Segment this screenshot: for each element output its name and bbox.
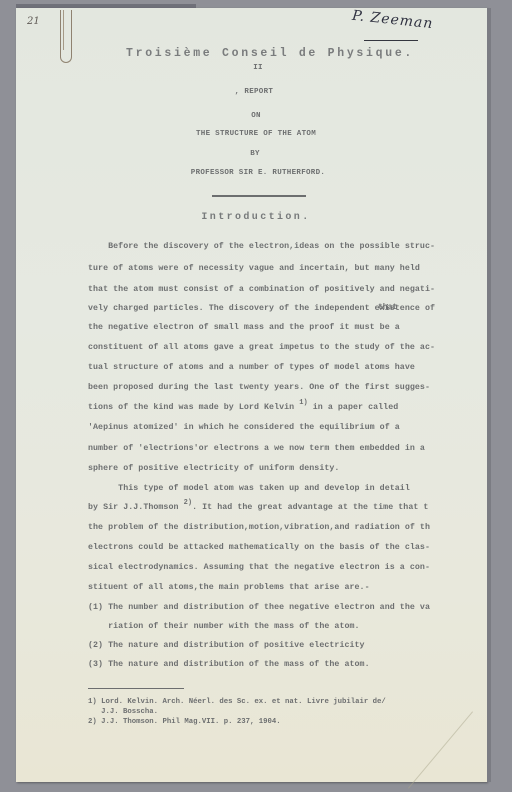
report-subject: THE STRUCTURE OF THE ATOM — [0, 130, 512, 138]
body-line: tual structure of atoms and a number of … — [88, 363, 415, 372]
body-line: ture of atoms were of necessity vague an… — [88, 264, 420, 273]
body-line: been proposed during the last twenty yea… — [88, 383, 430, 392]
problem-item: (1) The number and distribution of thee … — [88, 603, 430, 612]
report-label: , REPORT — [0, 88, 508, 96]
body-line-thomson: by Sir J.J.Thomson 2). It had the great … — [88, 503, 428, 512]
body-line: constituent of all atoms gave a great im… — [88, 343, 435, 352]
report-author: PROFESSOR SIR E. RUTHERFORD. — [0, 169, 512, 177]
page-shadow — [487, 8, 491, 782]
document-title: Troisième Conseil de Physique. — [126, 47, 414, 60]
footnote: J.J. Bosscha. — [88, 708, 158, 716]
body-text: . It had the great advantage at the time… — [192, 503, 428, 512]
by-label: BY — [0, 150, 510, 158]
title-divider — [212, 195, 306, 197]
section-heading: Introduction. — [0, 212, 512, 223]
body-line: number of 'electrions'or electrons a we … — [88, 444, 425, 453]
body-line: sphere of positive electricity of unifor… — [88, 464, 339, 473]
body-line: sical electrodynamics. Assuming that the… — [88, 563, 430, 572]
body-line-kelvin: tions of the kind was made by Lord Kelvi… — [88, 403, 398, 412]
body-line: 'Aepinus atomized' in which he considere… — [88, 423, 400, 432]
body-text: in a paper called — [308, 403, 399, 412]
body-line: This type of model atom was taken up and… — [88, 484, 410, 493]
body-line: stituent of all atoms,the main problems … — [88, 583, 370, 592]
paperclip-inner-icon — [63, 10, 68, 50]
footnote-divider — [88, 688, 184, 689]
footnote-ref-1: 1) — [299, 399, 308, 407]
footnote-ref-2: 2) — [184, 499, 193, 507]
interlinear-insert: that — [378, 303, 397, 312]
problem-item: (3) The nature and distribution of the m… — [88, 660, 370, 669]
problem-item: riation of their number with the mass of… — [88, 622, 360, 631]
problem-item: (2) The nature and distribution of posit… — [88, 641, 365, 650]
body-line: that the atom must consist of a combinat… — [88, 285, 435, 294]
signature-underline — [364, 40, 418, 41]
body-line: the negative electron of small mass and … — [88, 323, 400, 332]
body-text: tions of the kind was made by Lord Kelvi… — [88, 403, 294, 412]
body-line: electrons could be attacked mathematical… — [88, 543, 430, 552]
body-line: the problem of the distribution,motion,v… — [88, 523, 430, 532]
body-text: by Sir J.J.Thomson — [88, 503, 179, 512]
handwritten-page-number: 21 — [27, 16, 40, 27]
report-number: II — [0, 64, 512, 72]
body-line: Before the discovery of the electron,ide… — [88, 242, 435, 251]
footnote: 2) J.J. Thomson. Phil Mag.VII. p. 237, 1… — [88, 718, 281, 726]
on-label: ON — [0, 112, 512, 120]
footnote: 1) Lord. Kelvin. Arch. Néerl. des Sc. ex… — [88, 698, 386, 706]
